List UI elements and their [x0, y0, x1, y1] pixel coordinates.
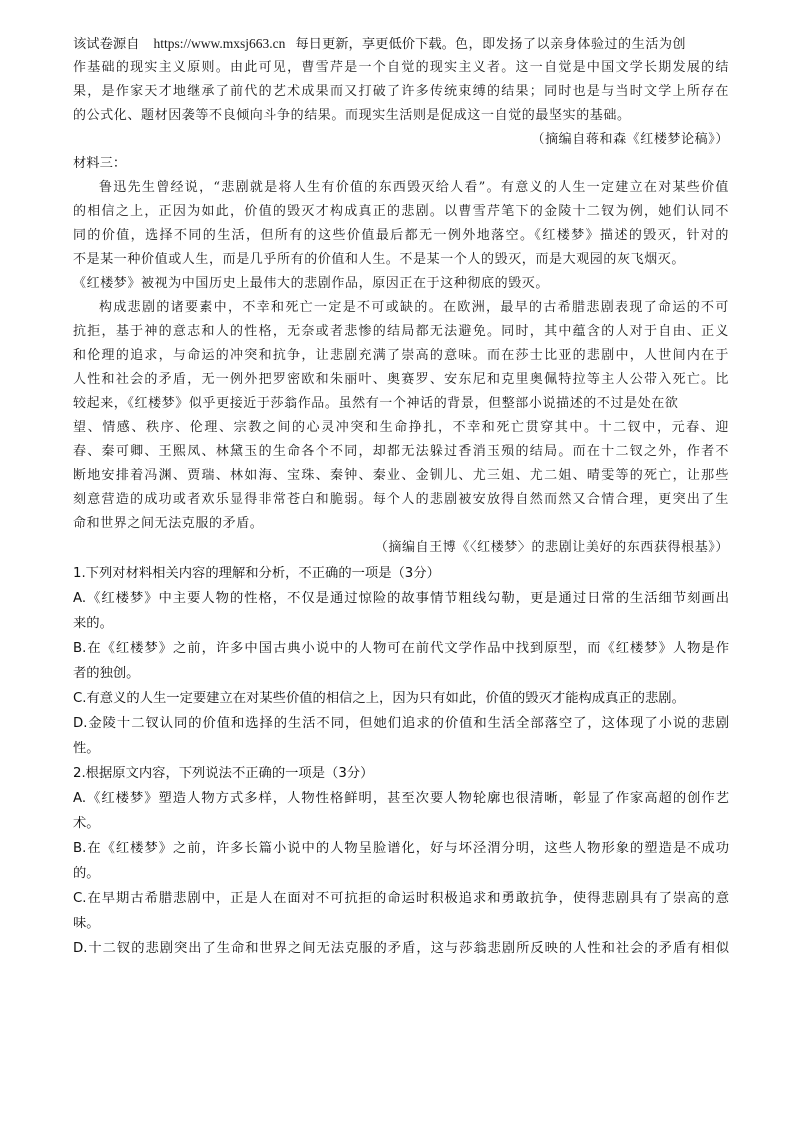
material3-heading: 材料三：: [73, 154, 729, 174]
m3-p1-line-4: 《红楼梦》被视为中国历史上最伟大的悲剧作品，原因正在于这种彻底的毁灭。: [73, 274, 729, 294]
header-line: 该试卷源自https://www.mxsj663.cn每日更新，享更低价下载。色…: [73, 34, 729, 55]
exam-page: 该试卷源自https://www.mxsj663.cn每日更新，享更低价下载。色…: [0, 0, 794, 1123]
q2-option-a-line-1[interactable]: 术。: [73, 814, 729, 834]
q1-option-c-line-0[interactable]: C.有意义的人生一定要建立在对某些价值的相信之上，因为只有如此，价值的毁灭才能构…: [73, 689, 729, 709]
material3-citation: （摘编自王博《〈红楼梦〉的悲剧让美好的东西获得根基》）: [73, 538, 729, 558]
material2-citation: （摘编自蒋和森《红楼梦论稿》）: [73, 130, 729, 150]
m3-p2-line-3: 人性和社会的矛盾，无一例外把罗密欧和朱丽叶、奥赛罗、安东尼和克里奥佩特拉等主人公…: [73, 370, 729, 390]
m3-p2-line-7: 断地安排着冯渊、贾瑞、林如海、宝珠、秦钟、秦业、金钏儿、尤三姐、尤二姐、晴雯等的…: [73, 466, 729, 486]
q1-option-b-line-1[interactable]: 者的独创。: [73, 664, 729, 684]
q1-option-d-line-1[interactable]: 性。: [73, 739, 729, 759]
material2-line-0: 色，即发扬了以亲身体验过的生活为创: [455, 37, 686, 52]
m3-p2-line-9: 命和世界之间无法克服的矛盾。: [73, 514, 729, 534]
q2-option-b-line-0[interactable]: B.在《红楼梦》之前，许多长篇小说中的人物呈脸谱化，好与坏泾渭分明，这些人物形象…: [73, 839, 729, 859]
material2-line-3: 的公式化、题材因袭等不良倾向斗争的结果。而现实生活则是促成这一自觉的最坚实的基础…: [73, 106, 729, 126]
q2-option-c-line-1[interactable]: 味。: [73, 914, 729, 934]
material2-line-2: 果，是作家天才地继承了前代的艺术成果而又打破了许多传统束缚的结果；同时也是与当时…: [73, 82, 729, 102]
m3-p1-line-1: 的相信之上，正因为如此，价值的毁灭才构成真正的悲剧。以曹雪芹笔下的金陵十二钗为例…: [73, 202, 729, 222]
q2-option-c-line-0[interactable]: C.在早期古希腊悲剧中，正是人在面对不可抗拒的命运时积极追求和勇敢抗争，使得悲剧…: [73, 889, 729, 909]
q1-option-b-line-0[interactable]: B.在《红楼梦》之前，许多中国古典小说中的人物可在前代文学作品中找到原型，而《红…: [73, 639, 729, 659]
m3-p1-line-2: 同的价值，选择不同的生活，但所有的这些价值最后都无一例外地落空。《红楼梦》描述的…: [73, 226, 729, 246]
q1-option-a-line-0[interactable]: A.《红楼梦》中主要人物的性格，不仅是通过惊险的故事情节粗线勾勒，更是通过日常的…: [73, 589, 729, 609]
m3-p2-line-2: 和伦理的追求，与命运的冲突和抗争，让悲剧充满了崇高的意味。而在莎士比亚的悲剧中，…: [73, 346, 729, 366]
q2-option-d-line-0[interactable]: D.十二钗的悲剧突出了生命和世界之间无法克服的矛盾，这与莎翁悲剧所反映的人性和社…: [73, 939, 729, 959]
m3-p2-line-4: 较起来，《红楼梦》似乎更接近于莎翁作品。虽然有一个神话的背景，但整部小说描述的不…: [73, 394, 729, 414]
source-url[interactable]: https://www.mxsj663.cn: [153, 36, 285, 51]
material2-line-1: 作基础的现实主义原则。由此可见，曹雪芹是一个自觉的现实主义者。这一自觉是中国文学…: [73, 58, 729, 78]
m3-p1-line-3: 不是某一种价值或人生，而是几乎所有的价值和人生。不是某一个人的毁灭，而是大观园的…: [73, 250, 729, 270]
q1-option-d-line-0[interactable]: D.金陵十二钗认同的价值和选择的生活不同，但她们追求的价值和生活全部落空了，这体…: [73, 714, 729, 734]
q2-option-b-line-1[interactable]: 的。: [73, 864, 729, 884]
m3-p2-line-8: 刻意营造的成功或者欢乐显得非常苍白和脆弱。每个人的悲剧被安放得自然而然又合情合理…: [73, 490, 729, 510]
m3-p2-line-1: 抗拒，基于神的意志和人的性格，无奈或者悲惨的结局都无法避免。同时，其中蕴含的人对…: [73, 322, 729, 342]
q2-option-a-line-0[interactable]: A.《红楼梦》塑造人物方式多样，人物性格鲜明，甚至次要人物轮廓也很清晰，彰显了作…: [73, 789, 729, 809]
q1-option-a-line-1[interactable]: 来的。: [73, 614, 729, 634]
question-1-stem: 1.下列对材料相关内容的理解和分析，不正确的一项是（3分）: [73, 564, 729, 584]
source-suffix: 每日更新，享更低价下载。: [295, 37, 455, 52]
m3-p2-line-6: 春、秦可卿、王熙凤、林黛玉的生命各个不同，却都无法躲过香消玉殒的结局。而在十二钗…: [73, 442, 729, 462]
m3-p1-line-0: 鲁迅先生曾经说，“悲剧就是将人生有价值的东西毁灭给人看”。有意义的人生一定建立在…: [73, 178, 729, 198]
m3-p2-line-0: 构成悲剧的诸要素中，不幸和死亡一定是不可或缺的。在欧洲，最早的古希腊悲剧表现了命…: [73, 298, 729, 318]
question-2-stem: 2.根据原文内容，下列说法不正确的一项是（3分）: [73, 764, 729, 784]
source-prefix: 该试卷源自: [73, 37, 139, 52]
m3-p2-line-5: 望、情感、秩序、伦理、宗教之间的心灵冲突和生命挣扎，不幸和死亡贯穿其中。十二钗中…: [73, 418, 729, 438]
